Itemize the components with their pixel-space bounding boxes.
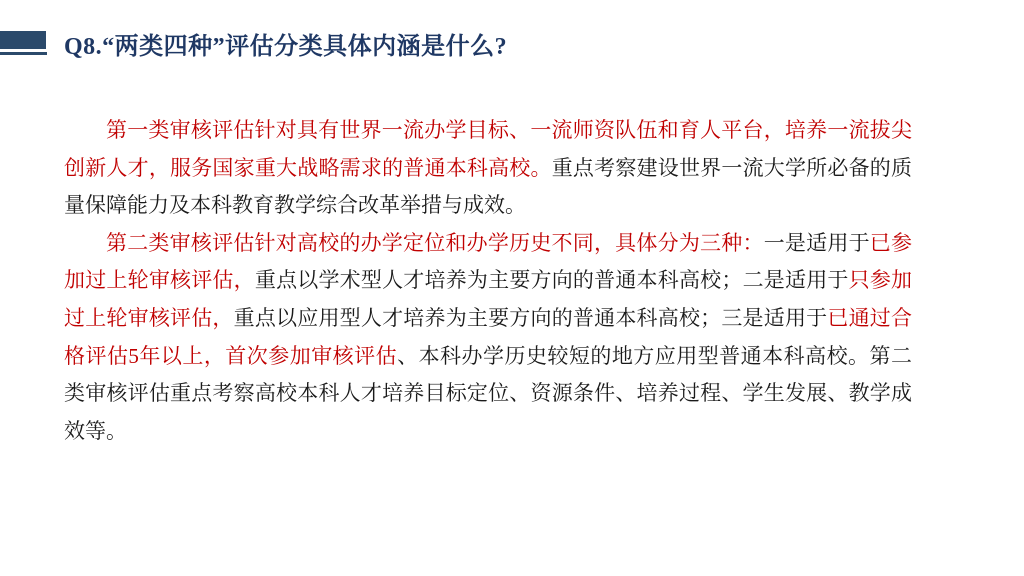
body-paragraph: 第二类审核评估针对高校的办学定位和办学历史不同，具体分为三种：一是适用于已参加过… <box>64 225 912 451</box>
text-segment: 重点以应用型人才培养为主要方向的普通本科高校；三是适用于 <box>234 306 828 330</box>
title-accent-line <box>0 52 47 55</box>
title-accent-bar <box>0 31 46 49</box>
slide-body: 第一类审核评估针对具有世界一流办学目标、一流师资队伍和育人平台，培养一流拔尖创新… <box>64 112 912 450</box>
page-title: Q8.“两类四种”评估分类具体内涵是什么? <box>64 26 984 61</box>
presentation-slide: Q8.“两类四种”评估分类具体内涵是什么? 第一类审核评估针对具有世界一流办学目… <box>0 0 1024 576</box>
emphasis-text-segment: 第二类审核评估针对高校的办学定位和办学历史不同，具体分为三种： <box>106 231 764 255</box>
body-paragraph: 第一类审核评估针对具有世界一流办学目标、一流师资队伍和育人平台，培养一流拔尖创新… <box>64 112 912 225</box>
text-segment: 重点以学术型人才培养为主要方向的普通本科高校；二是适用于 <box>255 268 849 292</box>
text-segment: 一是适用于 <box>764 231 870 255</box>
